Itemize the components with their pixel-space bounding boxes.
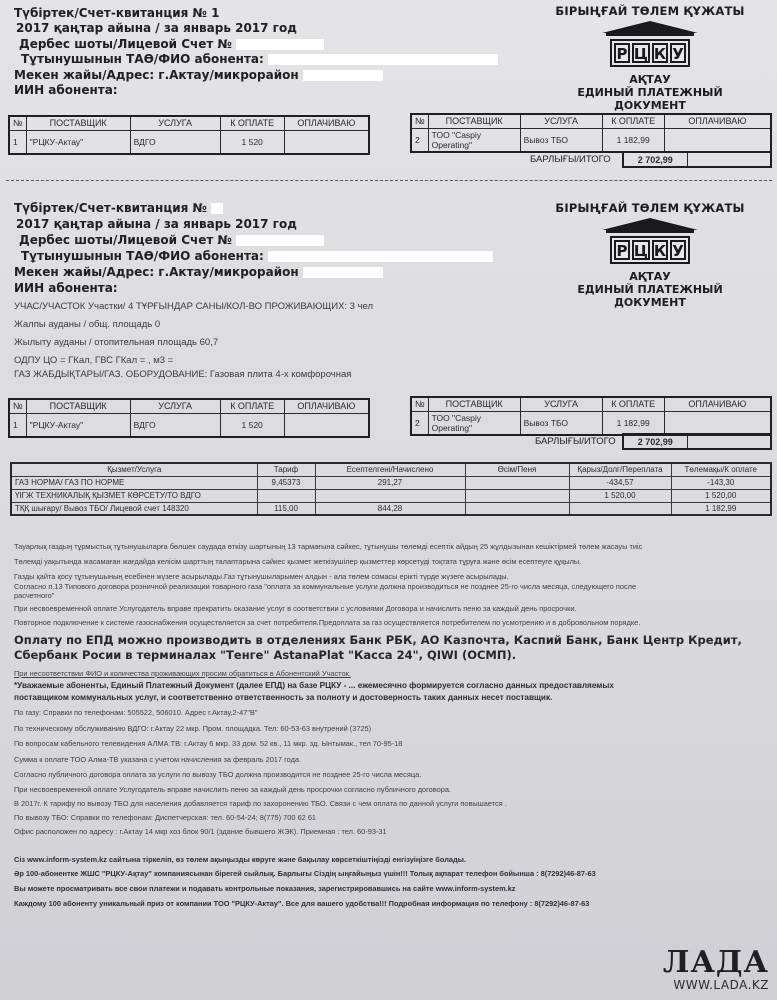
- payment-locations-1: Оплату по ЕПД можно производить в отделе…: [14, 633, 742, 648]
- redacted-subscriber-name: [268, 54, 498, 65]
- note-site-ru: Вы можете просматривать все свои платежи…: [14, 884, 516, 894]
- iin-label: ИИН абонента:: [14, 83, 118, 98]
- note-prize-ru: Каждому 100 абоненту уникальный приз от …: [14, 899, 589, 909]
- note-gas-info: По газу: Справки по телефонам: 505522, 5…: [14, 708, 258, 718]
- redacted-receipt-number: [211, 203, 223, 214]
- billing-period: 2017 қаңтар айына / за январь 2017 год: [16, 217, 297, 232]
- total-label: БАРЛЫҒЫ/ИТОГО: [535, 436, 616, 447]
- house-logo-icon: РЦКУ: [602, 21, 698, 71]
- account-number-label: Дербес шоты/Лицевой Счет №: [19, 233, 324, 248]
- note-kz-payment-deadline: Тауарлық газдың тұрмыстық тұтынушыларға …: [14, 542, 642, 552]
- note-ru-contract-a: Согласно п.13 Типового договора рознично…: [14, 582, 636, 592]
- redacted-subscriber-name: [268, 251, 493, 262]
- table-row: 1 "РЦКУ-Актау" ВДГО 1 520: [9, 130, 369, 154]
- table-row: 2 ТОО "Caspiy Operating" Вывоз ТБО 1 182…: [411, 128, 771, 152]
- table-row: ГАЗ НОРМА/ ГАЗ ПО НОРМЕ 9,45373 291,27 -…: [11, 476, 771, 489]
- table-row: ҮІГЖ ТЕХНИКАЛЫҚ ҚЫЗМЕТ КӨРСЕТУ/ТО ВДГО 1…: [11, 489, 771, 502]
- note-tbo-phones: По вывозу ТБО: Справки по телефонам: Дис…: [14, 813, 316, 823]
- note-ru-contract-b: расчетного": [14, 591, 54, 601]
- supplier-table-right: № ПОСТАВЩИК УСЛУГА К ОПЛАТЕ ОПЛАЧИВАЮ 2 …: [410, 396, 772, 436]
- logo-subtitle: ЕДИНЫЙ ПЛАТЕЖНЫЙ ДОКУМЕНТ: [545, 283, 755, 309]
- heating-area: Жылыту ауданы / отопительная площадь 60,…: [14, 337, 218, 349]
- services-header-row: Қызмет/Услуга Тариф Есептелгені/Начислен…: [11, 463, 771, 476]
- pay-amount-field[interactable]: [284, 413, 369, 437]
- note-mismatch: При несоответствии ФИО и количества прож…: [14, 669, 351, 679]
- logo-city: АҚТАУ: [545, 270, 755, 283]
- iin-label: ИИН абонента:: [14, 281, 118, 296]
- pay-amount-field[interactable]: [664, 411, 771, 435]
- watermark-title: ЛАДА: [663, 948, 769, 978]
- supplier-table-left: № ПОСТАВЩИК УСЛУГА К ОПЛАТЕ ОПЛАЧИВАЮ 1 …: [8, 115, 370, 155]
- subscriber-name-label: Тұтынушынын ТАӨ/ФИО абонента:: [21, 249, 493, 264]
- total-value: 2 702,99: [623, 434, 687, 449]
- note-kz-reconnection: Газды қайта қосу тұтынушының есебінен жү…: [14, 572, 509, 582]
- total-value: 2 702,99: [623, 152, 687, 167]
- note-prize-kz: Әр 100-абонентке ЖШС "РЦКУ-Ақтау" компан…: [14, 869, 596, 879]
- total-box: 2 702,99: [622, 151, 772, 168]
- redacted-account-number: [236, 39, 324, 50]
- receipt-main: Түбіртек/Счет-квитанция № 2017 қаңтар ай…: [0, 195, 777, 455]
- total-area: Жалпы ауданы / общ. площадь 0: [14, 319, 160, 331]
- table-row: 1 "РЦКУ-Актау" ВДГО 1 520: [9, 413, 369, 437]
- receipt-number: Түбіртек/Счет-квитанция № 1: [14, 6, 219, 21]
- pay-amount-field[interactable]: [664, 128, 771, 152]
- total-box: 2 702,99: [622, 433, 772, 450]
- pay-amount-field[interactable]: [284, 130, 369, 154]
- note-site-kz: Сіз www.inform-system.kz сайтына тіркелі…: [14, 855, 466, 865]
- note-respected-1: *Уважаемые абоненты, Единый Платежный До…: [14, 680, 614, 691]
- logo-city: АҚТАУ: [545, 73, 755, 86]
- note-tbo-penalty: При несвоевременной оплате Услугодатель …: [14, 785, 451, 795]
- note-tbo-contract: Согласно публичного договора оплата за у…: [14, 770, 421, 780]
- table-row: ТҚҚ шығару/ Вывоз ТБО/ Лицевой счет 1483…: [11, 502, 771, 515]
- billing-period: 2017 қаңтар айына / за январь 2017 год: [16, 21, 297, 36]
- logo-top-text: БІРЫҢҒАЙ ТӨЛЕМ ҚҰЖАТЫ: [545, 4, 755, 18]
- lada-watermark: ЛАДА WWW.LADA.KZ: [663, 948, 769, 992]
- gas-equipment: ГАЗ ЖАБДЫҚТАРЫ/ГАЗ. ОБОРУДОВАНИЕ: Газова…: [14, 369, 351, 381]
- logo-top-text: БІРЫҢҒАЙ ТӨЛЕМ ҚҰЖАТЫ: [545, 201, 755, 215]
- account-number-label: Дербес шоты/Лицевой Счет №: [19, 37, 324, 52]
- logo-subtitle: ЕДИНЫЙ ПЛАТЕЖНЫЙ ДОКУМЕНТ: [545, 86, 755, 112]
- address-label: Мекен жайы/Адрес: г.Актау/микрорайон: [14, 68, 383, 83]
- supplier-table-right: № ПОСТАВЩИК УСЛУГА К ОПЛАТЕ ОПЛАЧИВАЮ 2 …: [410, 113, 772, 153]
- note-tv-sum: Сумма к оплате ТОО Алма-ТВ указана с уче…: [14, 755, 301, 765]
- redacted-address: [303, 267, 383, 278]
- subscriber-name-label: Тұтынушынын ТАӨ/ФИО абонента:: [21, 52, 498, 67]
- services-table: Қызмет/Услуга Тариф Есептелгені/Начислен…: [10, 462, 772, 516]
- note-ru-reconnection: Повторное подключение к системе газоснаб…: [14, 618, 640, 628]
- payment-locations-2: Сбербанк Росии в терминалах "Тенге" Asta…: [14, 648, 516, 663]
- house-logo-icon: РЦКУ: [602, 218, 698, 268]
- note-respected-2: поставщиком коммунальных услуг, и соотве…: [14, 692, 552, 703]
- table-row: 2 ТОО "Caspiy Operating" Вывоз ТБО 1 182…: [411, 411, 771, 435]
- note-tbo-2017: В 2017г. К тарифу по вывозу ТБО для насе…: [14, 799, 507, 809]
- receipt-number: Түбіртек/Счет-квитанция №: [14, 201, 223, 216]
- note-kz-suspension: Төлемді уақытында жасамаған жағдайда кел…: [14, 557, 581, 567]
- meter-readings: ОДПУ ЦО = ГКал, ГВС ГКал = , м3 =: [14, 355, 173, 367]
- redacted-account-number: [236, 235, 324, 246]
- supplier-table-left: № ПОСТАВЩИК УСЛУГА К ОПЛАТЕ ОПЛАЧИВАЮ 1 …: [8, 398, 370, 438]
- watermark-url: WWW.LADA.KZ: [663, 978, 769, 992]
- cut-line-divider: [6, 180, 772, 181]
- total-label: БАРЛЫҒЫ/ИТОГО: [530, 154, 611, 165]
- redacted-address: [303, 70, 383, 81]
- note-tv-info: По вопросам кабельного телевидения АЛМА …: [14, 739, 402, 749]
- note-vdgo-info: По техническому обслуживанию ВДГО: г.Акт…: [14, 724, 371, 734]
- address-label: Мекен жайы/Адрес: г.Актау/микрорайон: [14, 265, 383, 280]
- rcku-logo: БІРЫҢҒАЙ ТӨЛЕМ ҚҰЖАТЫ РЦКУ АҚТАУ ЕДИНЫЙ …: [545, 4, 755, 112]
- rcku-logo: БІРЫҢҒАЙ ТӨЛЕМ ҚҰЖАТЫ РЦКУ АҚТАУ ЕДИНЫЙ …: [545, 201, 755, 309]
- note-ru-late-payment: При несвоевременной оплате Услугодатель …: [14, 604, 577, 614]
- district-residents: УЧАС/УЧАСТОК Участки/ 4 ТҰРҒЫНДАР САНЫ/К…: [14, 301, 373, 313]
- receipt-stub: Түбіртек/Счет-квитанция № 1 2017 қаңтар …: [0, 0, 777, 180]
- note-office-address: Офис расположен по адресу : г.Актау 14 м…: [14, 827, 387, 837]
